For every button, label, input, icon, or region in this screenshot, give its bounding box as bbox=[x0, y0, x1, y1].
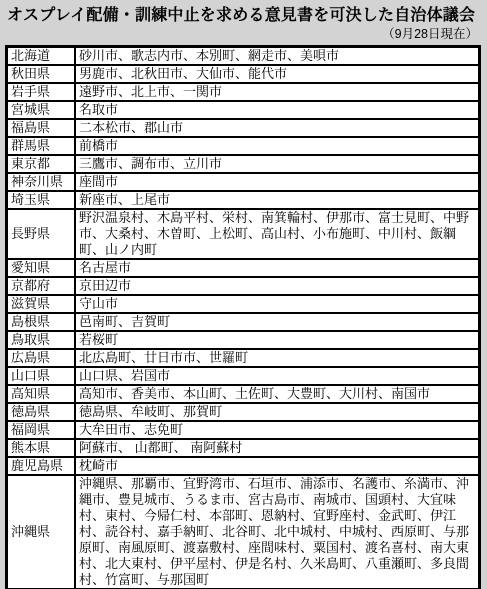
municipalities-cell: 沖縄県、那覇市、宜野湾市、石垣市、浦添市、名護市、糸満市、沖縄市、豊見城市、うる… bbox=[75, 475, 480, 589]
table-row: 北海道砂川市、歌志内市、本別町、網走市、美唄市 bbox=[7, 47, 480, 66]
prefecture-cell: 東京都 bbox=[7, 155, 76, 173]
prefecture-cell: 長野県 bbox=[7, 209, 76, 259]
page-title: オスプレイ配備・訓練中止を求める意見書を可決した自治体議会 bbox=[7, 5, 481, 26]
municipalities-cell: 二本松市、郡山市 bbox=[75, 119, 480, 137]
municipalities-cell: 名取市 bbox=[75, 101, 480, 119]
prefecture-cell: 広島県 bbox=[7, 349, 76, 367]
table-row: 鳥取県若桜町 bbox=[7, 331, 480, 349]
prefecture-cell: 滋賀県 bbox=[7, 295, 76, 313]
prefecture-cell: 山口県 bbox=[7, 367, 76, 385]
table-row: 広島県北広島町、廿日市市、世羅町 bbox=[7, 349, 480, 367]
table-row: 岩手県遠野市、北上市、一関市 bbox=[7, 83, 480, 101]
table-body: 北海道砂川市、歌志内市、本別町、網走市、美唄市秋田県男鹿市、北秋田市、大仙市、能… bbox=[7, 47, 480, 589]
table-row: 群馬県前橋市 bbox=[7, 137, 480, 155]
table-row: 島根県邑南町、吉賀町 bbox=[7, 313, 480, 331]
osprey-table-page: { "page": { "title": "オスプレイ配備・訓練中止を求める意見… bbox=[0, 0, 487, 589]
date-note: （9月28日現在） bbox=[0, 26, 478, 42]
table-row: 熊本県阿蘇市、 山都町、 南阿蘇村 bbox=[7, 439, 480, 457]
table-row: 沖縄県沖縄県、那覇市、宜野湾市、石垣市、浦添市、名護市、糸満市、沖縄市、豊見城市… bbox=[7, 475, 480, 589]
table-row: 高知県高知市、香美市、本山町、土佐町、大豊町、大川村、南国市 bbox=[7, 385, 480, 403]
municipalities-cell: 前橋市 bbox=[75, 137, 480, 155]
municipalities-cell: 三鷹市、調布市、立川市 bbox=[75, 155, 480, 173]
table-row: 秋田県男鹿市、北秋田市、大仙市、能代市 bbox=[7, 65, 480, 83]
prefecture-cell: 群馬県 bbox=[7, 137, 76, 155]
municipalities-cell: 砂川市、歌志内市、本別町、網走市、美唄市 bbox=[75, 47, 480, 66]
prefecture-cell: 神奈川県 bbox=[7, 173, 76, 191]
table-row: 京都府京田辺市 bbox=[7, 277, 480, 295]
municipalities-cell: 北広島町、廿日市市、世羅町 bbox=[75, 349, 480, 367]
municipalities-cell: 邑南町、吉賀町 bbox=[75, 313, 480, 331]
municipalities-cell: 徳島県、牟岐町、那賀町 bbox=[75, 403, 480, 421]
prefecture-cell: 岩手県 bbox=[7, 83, 76, 101]
page-container: オスプレイ配備・訓練中止を求める意見書を可決した自治体議会 （9月28日現在） … bbox=[0, 0, 487, 589]
table-row: 東京都三鷹市、調布市、立川市 bbox=[7, 155, 480, 173]
municipalities-cell: 山口県、岩国市 bbox=[75, 367, 480, 385]
municipalities-cell: 遠野市、北上市、一関市 bbox=[75, 83, 480, 101]
prefecture-cell: 沖縄県 bbox=[7, 475, 76, 589]
prefecture-cell: 秋田県 bbox=[7, 65, 76, 83]
municipalities-cell: 新座市、上尾市 bbox=[75, 191, 480, 209]
municipalities-table: 北海道砂川市、歌志内市、本別町、網走市、美唄市秋田県男鹿市、北秋田市、大仙市、能… bbox=[5, 45, 481, 589]
municipalities-cell: 大牟田市、志免町 bbox=[75, 421, 480, 439]
table-row: 鹿児島県枕崎市 bbox=[7, 457, 480, 475]
table-row: 山口県山口県、岩国市 bbox=[7, 367, 480, 385]
prefecture-cell: 熊本県 bbox=[7, 439, 76, 457]
table-row: 長野県野沢温泉村、木島平村、栄村、南箕輪村、伊那市、富士見町、中野市、大桑村、木… bbox=[7, 209, 480, 259]
table-row: 埼玉県新座市、上尾市 bbox=[7, 191, 480, 209]
municipalities-cell: 阿蘇市、 山都町、 南阿蘇村 bbox=[75, 439, 480, 457]
municipalities-cell: 京田辺市 bbox=[75, 277, 480, 295]
prefecture-cell: 島根県 bbox=[7, 313, 76, 331]
prefecture-cell: 高知県 bbox=[7, 385, 76, 403]
municipalities-cell: 若桜町 bbox=[75, 331, 480, 349]
prefecture-cell: 宮城県 bbox=[7, 101, 76, 119]
prefecture-cell: 徳島県 bbox=[7, 403, 76, 421]
municipalities-cell: 枕崎市 bbox=[75, 457, 480, 475]
prefecture-cell: 埼玉県 bbox=[7, 191, 76, 209]
municipalities-cell: 男鹿市、北秋田市、大仙市、能代市 bbox=[75, 65, 480, 83]
table-row: 徳島県徳島県、牟岐町、那賀町 bbox=[7, 403, 480, 421]
table-row: 福岡県大牟田市、志免町 bbox=[7, 421, 480, 439]
municipalities-cell: 座間市 bbox=[75, 173, 480, 191]
municipalities-cell: 名古屋市 bbox=[75, 259, 480, 277]
prefecture-cell: 愛知県 bbox=[7, 259, 76, 277]
municipalities-cell: 高知市、香美市、本山町、土佐町、大豊町、大川村、南国市 bbox=[75, 385, 480, 403]
table-row: 滋賀県守山市 bbox=[7, 295, 480, 313]
municipalities-cell: 野沢温泉村、木島平村、栄村、南箕輪村、伊那市、富士見町、中野市、大桑村、木曽町、… bbox=[75, 209, 480, 259]
table-row: 福島県二本松市、郡山市 bbox=[7, 119, 480, 137]
prefecture-cell: 鹿児島県 bbox=[7, 457, 76, 475]
prefecture-cell: 鳥取県 bbox=[7, 331, 76, 349]
prefecture-cell: 北海道 bbox=[7, 47, 76, 66]
table-row: 神奈川県座間市 bbox=[7, 173, 480, 191]
table-row: 愛知県名古屋市 bbox=[7, 259, 480, 277]
prefecture-cell: 京都府 bbox=[7, 277, 76, 295]
table-row: 宮城県名取市 bbox=[7, 101, 480, 119]
municipalities-cell: 守山市 bbox=[75, 295, 480, 313]
prefecture-cell: 福島県 bbox=[7, 119, 76, 137]
prefecture-cell: 福岡県 bbox=[7, 421, 76, 439]
